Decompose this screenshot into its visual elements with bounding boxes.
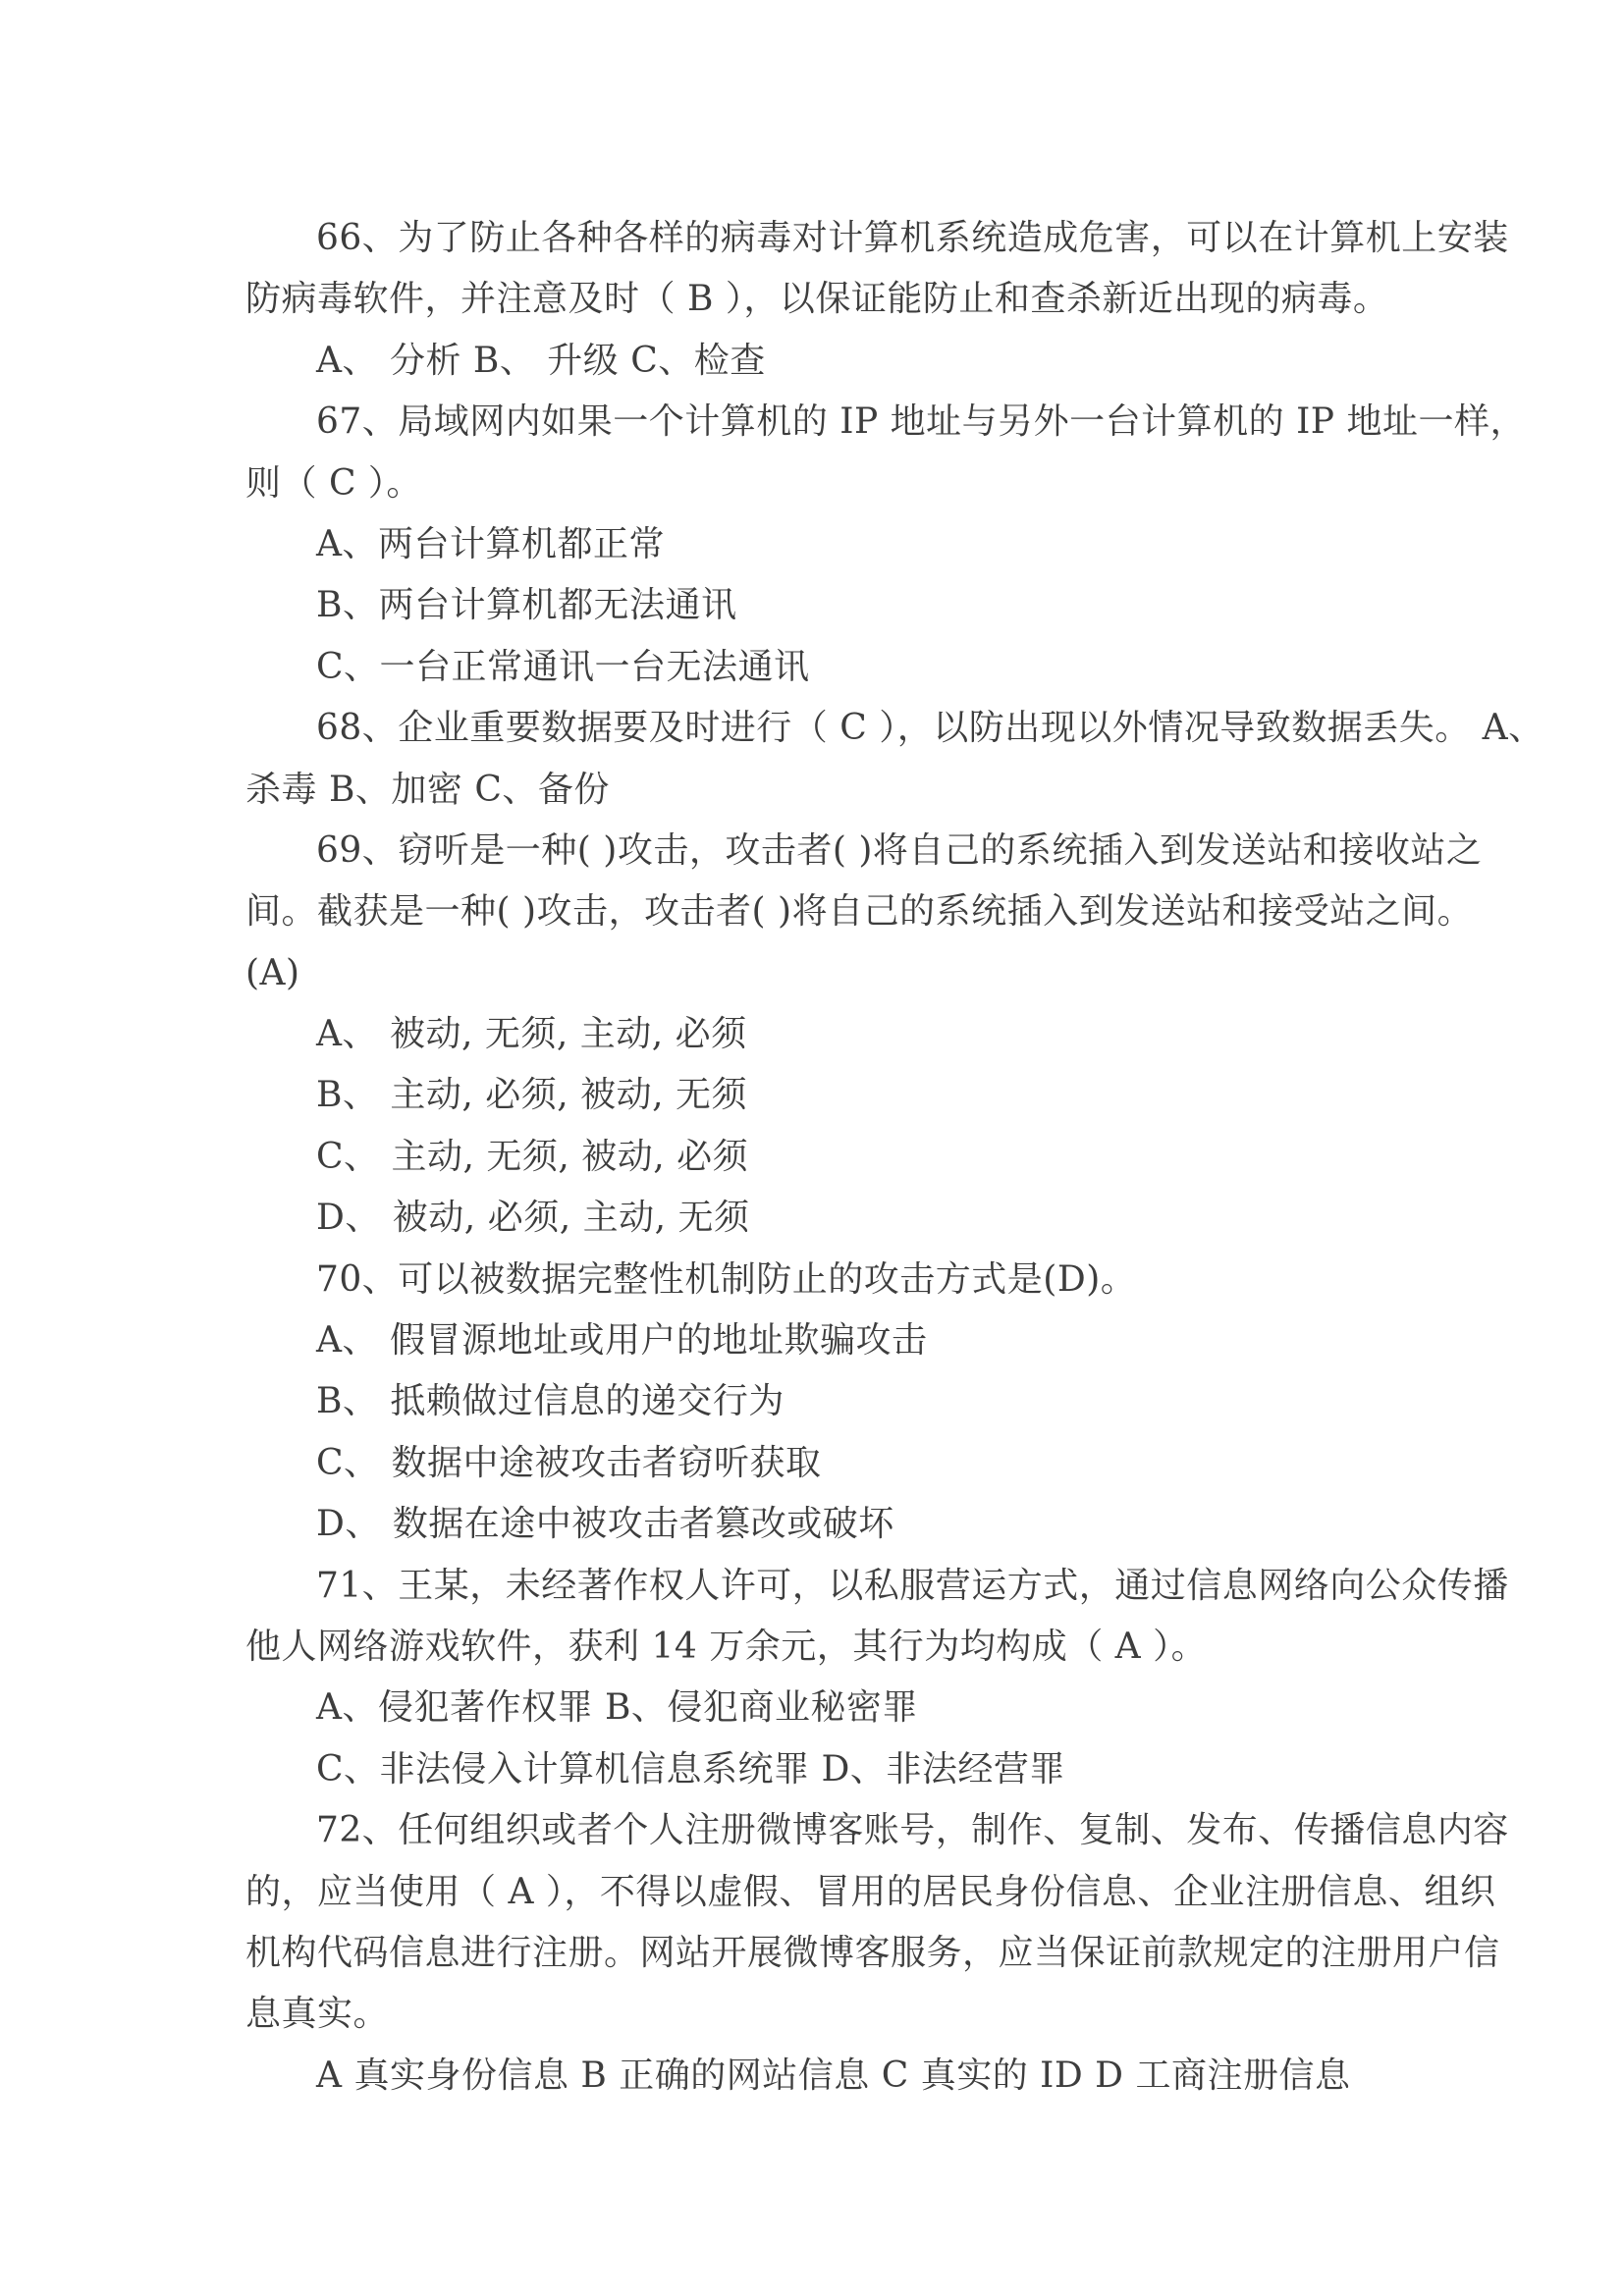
text-line: C、 主动, 无须, 被动, 必须 — [245, 1127, 1463, 1188]
text-line: 72、任何组织或者个人注册微博客账号，制作、复制、发布、传播信息内容 — [245, 1800, 1463, 1861]
text-line: 69、窃听是一种( )攻击，攻击者( )将自己的系统插入到发送站和接收站之 — [245, 821, 1463, 881]
text-line: A、侵犯著作权罪 B、侵犯商业秘密罪 — [245, 1678, 1463, 1738]
text-line: B、 主动, 必须, 被动, 无须 — [245, 1065, 1463, 1126]
text-line: A、 分析 B、 升级 C、检查 — [245, 331, 1463, 392]
text-line: C、非法侵入计算机信息系统罪 D、非法经营罪 — [245, 1739, 1463, 1800]
text-line: 则（ C ）。 — [245, 454, 1463, 514]
text-line: A、两台计算机都正常 — [245, 514, 1463, 575]
text-line: A、 被动, 无须, 主动, 必须 — [245, 1004, 1463, 1065]
text-line: D、 被动, 必须, 主动, 无须 — [245, 1188, 1463, 1249]
text-line: 息真实。 — [245, 1984, 1463, 2045]
text-line: 的，应当使用（ A ），不得以虚假、冒用的居民身份信息、企业注册信息、组织 — [245, 1862, 1463, 1923]
text-line: 70、可以被数据完整性机制防止的攻击方式是(D)。 — [245, 1250, 1463, 1310]
text-line: 68、企业重要数据要及时进行（ C ），以防出现以外情况导致数据丢失。 A、 — [245, 698, 1463, 759]
text-line: D、 数据在途中被攻击者篡改或破坏 — [245, 1494, 1463, 1555]
text-line: A 真实身份信息 B 正确的网站信息 C 真实的 ID D 工商注册信息 — [245, 2046, 1463, 2107]
text-line: B、两台计算机都无法通讯 — [245, 575, 1463, 636]
text-line: 66、为了防止各种各样的病毒对计算机系统造成危害，可以在计算机上安装 — [245, 208, 1463, 269]
text-line: 67、局域网内如果一个计算机的 IP 地址与另外一台计算机的 IP 地址一样， — [245, 392, 1463, 453]
text-line: C、 数据中途被攻击者窃听获取 — [245, 1433, 1463, 1494]
text-line: A、 假冒源地址或用户的地址欺骗攻击 — [245, 1310, 1463, 1371]
text-line: (A) — [245, 943, 1463, 1004]
text-line: 杀毒 B、加密 C、备份 — [245, 760, 1463, 821]
text-line: 71、王某，未经著作权人许可，以私服营运方式，通过信息网络向公众传播 — [245, 1556, 1463, 1617]
document-page: 66、为了防止各种各样的病毒对计算机系统造成危害，可以在计算机上安装防病毒软件，… — [0, 0, 1624, 2296]
text-line: 机构代码信息进行注册。网站开展微博客服务，应当保证前款规定的注册用户信 — [245, 1923, 1463, 1984]
text-line: 间。截获是一种( )攻击，攻击者( )将自己的系统插入到发送站和接受站之间。 — [245, 881, 1463, 942]
text-line: 防病毒软件，并注意及时（ B ），以保证能防止和查杀新近出现的病毒。 — [245, 269, 1463, 330]
document-body: 66、为了防止各种各样的病毒对计算机系统造成危害，可以在计算机上安装防病毒软件，… — [245, 208, 1463, 2107]
text-line: 他人网络游戏软件，获利 14 万余元，其行为均构成（ A ）。 — [245, 1617, 1463, 1678]
text-line: C、一台正常通讯一台无法通讯 — [245, 637, 1463, 698]
text-line: B、 抵赖做过信息的递交行为 — [245, 1371, 1463, 1432]
